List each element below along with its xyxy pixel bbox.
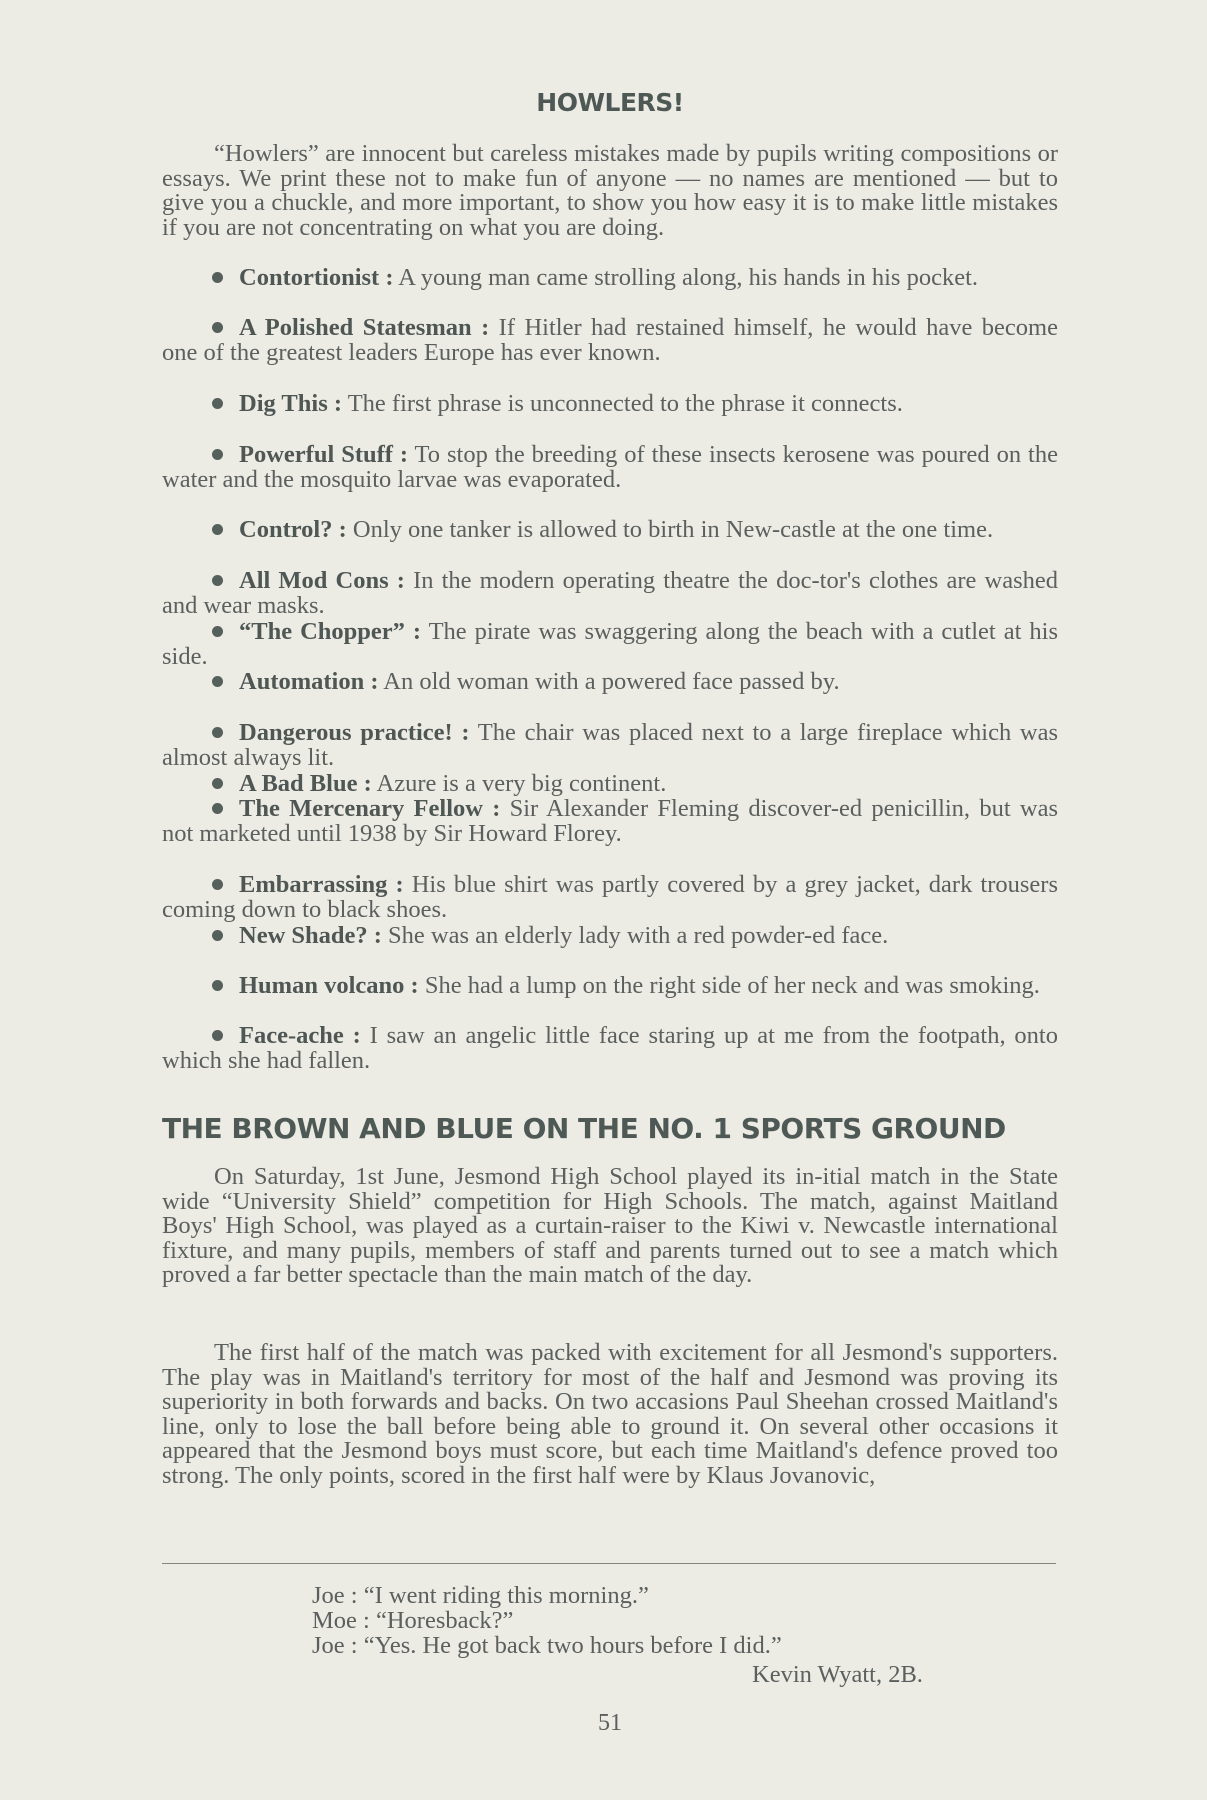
- sports-paragraph-2: The first half of the match was packed w…: [162, 1341, 1058, 1488]
- howler-item: All Mod Cons : In the modern operating t…: [162, 569, 1058, 618]
- howler-item-text: The first phrase is unconnected to the p…: [342, 390, 903, 417]
- bullet-icon: [212, 1030, 223, 1041]
- howlers-title: HOWLERS!: [162, 88, 1058, 117]
- divider-rule: [162, 1563, 1056, 1564]
- howler-item-title: Dig This :: [239, 390, 342, 417]
- howler-item: Contortionist : A young man came strolli…: [162, 266, 1058, 291]
- bullet-icon: [212, 879, 223, 890]
- howler-item-title: Automation :: [239, 668, 379, 695]
- howler-item-title: A Bad Blue :: [239, 770, 372, 797]
- howlers-intro: “Howlers” are innocent but careless mist…: [162, 142, 1058, 240]
- howler-item-title: Powerful Stuff :: [239, 441, 408, 468]
- bullet-icon: [212, 575, 223, 586]
- howler-item-text: She was an elderly lady with a red powde…: [382, 922, 888, 949]
- howler-item: New Shade? : She was an elderly lady wit…: [162, 924, 1058, 949]
- joke-credit: Kevin Wyatt, 2B.: [752, 1661, 923, 1689]
- howler-item-title: Contortionist :: [239, 264, 393, 291]
- joke: Joe : “I went riding this morning.” Moe …: [312, 1583, 782, 1658]
- howler-item-text: A young man came strolling along, his ha…: [393, 264, 978, 291]
- bullet-icon: [212, 930, 223, 941]
- howler-item: Dangerous practice! : The chair was plac…: [162, 721, 1058, 770]
- bullet-icon: [212, 524, 223, 535]
- howler-item-text: An old woman with a powered face passed …: [379, 668, 840, 695]
- howler-item: Powerful Stuff : To stop the breeding of…: [162, 443, 1058, 492]
- bullet-icon: [212, 676, 223, 687]
- howler-item: Control? : Only one tanker is allowed to…: [162, 518, 1058, 543]
- howler-item: Human volcano : She had a lump on the ri…: [162, 974, 1058, 999]
- bullet-icon: [212, 727, 223, 738]
- bullet-icon: [212, 272, 223, 283]
- howler-item: The Mercenary Fellow : Sir Alexander Fle…: [162, 797, 1058, 846]
- page-number: 51: [162, 1710, 1058, 1737]
- howler-item-title: Human volcano :: [239, 972, 419, 999]
- howler-item-text: She had a lump on the right side of her …: [419, 972, 1040, 999]
- howler-item: Dig This : The first phrase is unconnect…: [162, 392, 1058, 417]
- howler-item: Automation : An old woman with a powered…: [162, 670, 1058, 695]
- howler-item-title: “The Chopper” :: [239, 618, 421, 645]
- bullet-icon: [212, 803, 223, 814]
- howler-item-title: Face-ache :: [239, 1022, 361, 1049]
- bullet-icon: [212, 778, 223, 789]
- howler-item-text: Only one tanker is allowed to birth in N…: [347, 516, 993, 543]
- howler-item: “The Chopper” : The pirate was swaggerin…: [162, 620, 1058, 669]
- howler-item-title: The Mercenary Fellow :: [239, 795, 500, 822]
- sports-paragraph-1: On Saturday, 1st June, Jesmond High Scho…: [162, 1165, 1058, 1288]
- bullet-icon: [212, 980, 223, 991]
- howler-item-title: Dangerous practice! :: [239, 719, 470, 746]
- howler-item-text: Azure is a very big continent.: [372, 770, 667, 797]
- bullet-icon: [212, 626, 223, 637]
- howler-item: Face-ache : I saw an angelic little face…: [162, 1024, 1058, 1073]
- howler-item: A Polished Statesman : If Hitler had res…: [162, 316, 1058, 365]
- howler-item: Embarrassing : His blue shirt was partly…: [162, 873, 1058, 922]
- howler-item-title: Control? :: [239, 516, 347, 543]
- bullet-icon: [212, 449, 223, 460]
- howler-item-title: Embarrassing :: [239, 871, 404, 898]
- joke-line: Joe : “I went riding this morning.”: [312, 1583, 782, 1608]
- joke-line: Joe : “Yes. He got back two hours before…: [312, 1633, 782, 1658]
- howler-item-title: New Shade? :: [239, 922, 382, 949]
- sports-article-title: THE BROWN AND BLUE ON THE NO. 1 SPORTS G…: [162, 1112, 1058, 1145]
- howler-item: A Bad Blue : Azure is a very big contine…: [162, 772, 1058, 797]
- bullet-icon: [212, 398, 223, 409]
- howler-item-title: All Mod Cons :: [239, 567, 405, 594]
- joke-line: Moe : “Horesback?”: [312, 1608, 782, 1633]
- howler-item-title: A Polished Statesman :: [239, 314, 489, 341]
- bullet-icon: [212, 322, 223, 333]
